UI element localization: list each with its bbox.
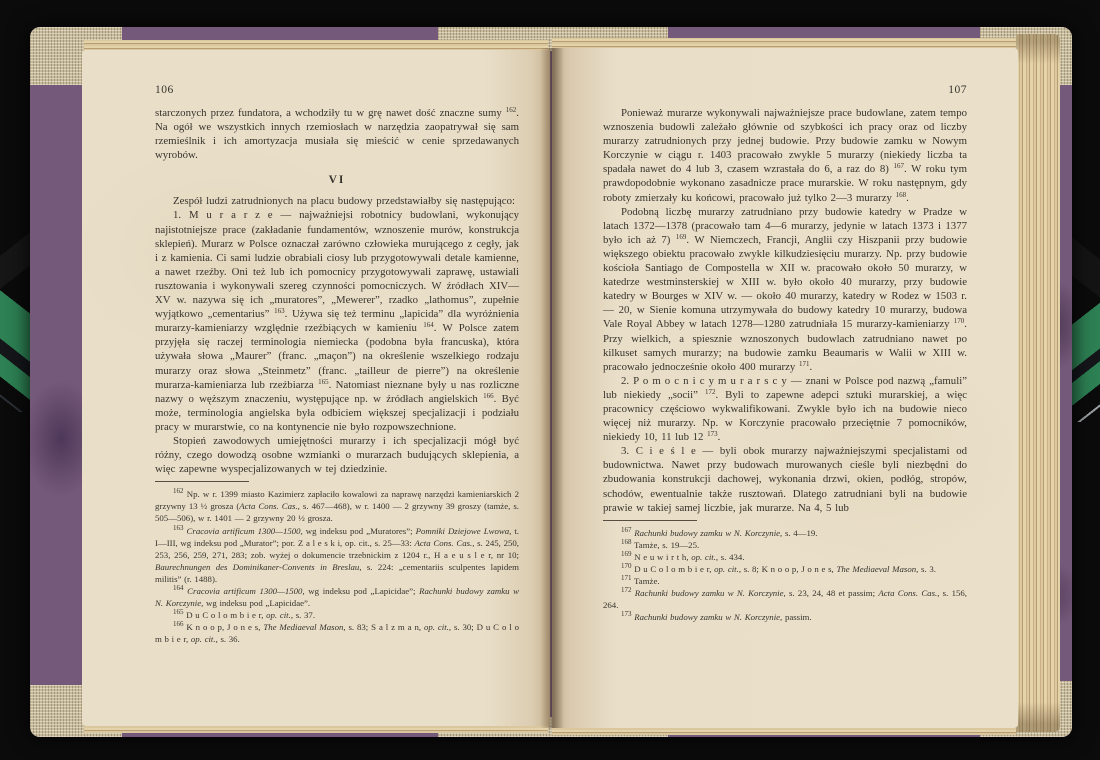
book-gutter-shadow <box>540 48 564 728</box>
paragraph: Zespół ludzi zatrudnionych na placu budo… <box>155 194 519 208</box>
left-page: 106 starczonych przez fundatora, a wchod… <box>82 50 550 726</box>
right-footnote-list: 167 Rachunki budowy zamku w N. Korczynie… <box>603 527 967 624</box>
footnote: 164 Cracovia artificum 1300—1500, wg ind… <box>155 585 519 609</box>
left-footnote-list: 162 Np. w r. 1399 miasto Kazimierz zapła… <box>155 488 519 645</box>
left-body-paragraphs: Zespół ludzi zatrudnionych na placu budo… <box>155 194 519 476</box>
right-page-content: 107 Ponieważ murarze wykonywali najważni… <box>603 84 967 623</box>
paragraph: 3. C i e ś l e — byli obok murarzy najwa… <box>603 444 967 514</box>
footnote-separator-left <box>155 481 249 482</box>
paragraph: 2. P o m o c n i c y m u r a r s c y — z… <box>603 374 967 444</box>
footnote: 163 Cracovia artificum 1300—1500, wg ind… <box>155 525 519 585</box>
left-page-content: 106 starczonych przez fundatora, a wchod… <box>155 84 519 645</box>
footnote: 169 N e u w i r t h, op. cit., s. 434. <box>603 551 967 563</box>
footnote: 165 D u C o l o m b i e r, op. cit., s. … <box>155 609 519 621</box>
page-edges-right <box>1016 34 1060 732</box>
footnote: 166 K n o o p, J o n e s, The Mediaeval … <box>155 621 519 645</box>
footnote: 172 Rachunki budowy zamku w N. Korczynie… <box>603 587 967 611</box>
right-footnotes: 167 Rachunki budowy zamku w N. Korczynie… <box>603 520 967 624</box>
footnote: 171 Tamże. <box>603 575 967 587</box>
right-body-paragraphs: Ponieważ murarze wykonywali najważniejsz… <box>603 106 967 515</box>
paragraph: Stopień zawodowych umiejętności murarzy … <box>155 434 519 476</box>
paragraph: 1. M u r a r z e — najważniejsi robotnic… <box>155 208 519 434</box>
continuation-paragraph: starczonych przez fundatora, a wchodziły… <box>155 106 519 162</box>
left-footnotes: 162 Np. w r. 1399 miasto Kazimierz zapła… <box>155 481 519 645</box>
footnote: 162 Np. w r. 1399 miasto Kazimierz zapła… <box>155 488 519 524</box>
page-edges-left <box>46 36 84 728</box>
footnote: 167 Rachunki budowy zamku w N. Korczynie… <box>603 527 967 539</box>
right-page: 107 Ponieważ murarze wykonywali najważni… <box>552 48 1018 728</box>
section-heading: VI <box>155 174 519 186</box>
footnote: 170 D u C o l o m b i e r, op. cit., s. … <box>603 563 967 575</box>
footnote: 168 Tamże, s. 19—25. <box>603 539 967 551</box>
paragraph: Ponieważ murarze wykonywali najważniejsz… <box>603 106 967 205</box>
page-number-left: 106 <box>155 84 519 96</box>
paragraph: Podobną liczbę murarzy zatrudniano przy … <box>603 205 967 374</box>
footnote: 173 Rachunki budowy zamku w N. Korczynie… <box>603 611 967 623</box>
photographed-book-scene: 106 starczonych przez fundatora, a wchod… <box>0 0 1100 760</box>
footnote-separator-right <box>603 520 697 521</box>
page-number-right: 107 <box>603 84 967 96</box>
